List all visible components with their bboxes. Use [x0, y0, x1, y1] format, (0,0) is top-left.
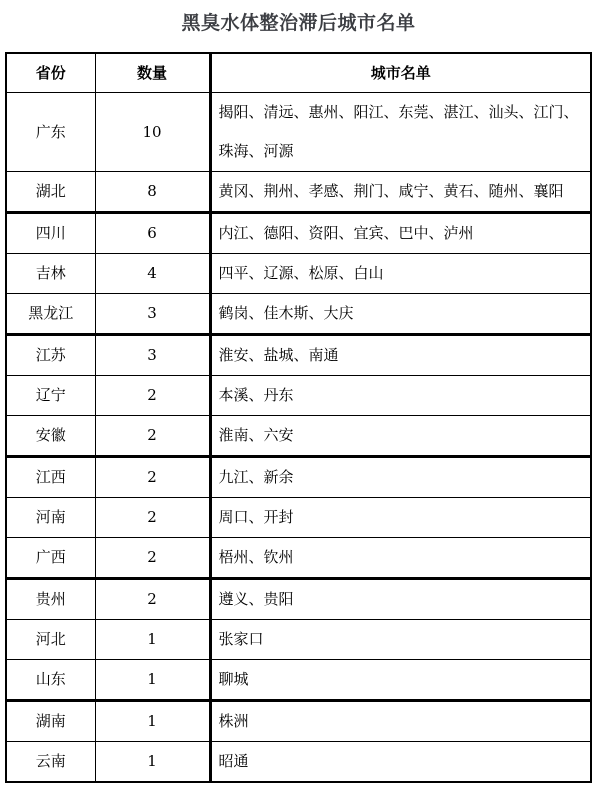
count-cell: 1 [95, 701, 210, 742]
table-row: 江苏3淮安、盐城、南通 [6, 335, 591, 376]
province-cell: 湖北 [6, 172, 95, 213]
cities-cell: 聊城 [210, 660, 591, 701]
cities-cell: 内江、德阳、资阳、宜宾、巴中、泸州 [210, 213, 591, 254]
province-cell: 贵州 [6, 579, 95, 620]
province-cell: 云南 [6, 742, 95, 783]
cities-cell: 揭阳、清远、惠州、阳江、东莞、湛江、汕头、江门、珠海、河源 [210, 93, 591, 172]
count-cell: 2 [95, 498, 210, 538]
count-cell: 2 [95, 538, 210, 579]
cities-cell: 九江、新余 [210, 457, 591, 498]
province-cell: 吉林 [6, 254, 95, 294]
table-row: 江西2九江、新余 [6, 457, 591, 498]
count-cell: 1 [95, 742, 210, 783]
table-row: 湖南1株洲 [6, 701, 591, 742]
cities-cell: 黄冈、荆州、孝感、荆门、咸宁、黄石、随州、襄阳 [210, 172, 591, 213]
cities-cell: 鹤岗、佳木斯、大庆 [210, 294, 591, 335]
table-body: 广东10揭阳、清远、惠州、阳江、东莞、湛江、汕头、江门、珠海、河源湖北8黄冈、荆… [6, 93, 591, 783]
province-cell: 辽宁 [6, 376, 95, 416]
count-cell: 1 [95, 660, 210, 701]
table-row: 广西2梧州、钦州 [6, 538, 591, 579]
table-row: 辽宁2本溪、丹东 [6, 376, 591, 416]
table-row: 云南1昭通 [6, 742, 591, 783]
province-cell: 安徽 [6, 416, 95, 457]
table-header-row: 省份 数量 城市名单 [6, 53, 591, 93]
cities-cell: 梧州、钦州 [210, 538, 591, 579]
count-cell: 10 [95, 93, 210, 172]
province-cell: 河北 [6, 620, 95, 660]
cities-cell: 遵义、贵阳 [210, 579, 591, 620]
cities-cell: 本溪、丹东 [210, 376, 591, 416]
header-count: 数量 [95, 53, 210, 93]
table-row: 吉林4四平、辽源、松原、白山 [6, 254, 591, 294]
cities-cell: 昭通 [210, 742, 591, 783]
count-cell: 8 [95, 172, 210, 213]
province-cell: 黑龙江 [6, 294, 95, 335]
count-cell: 4 [95, 254, 210, 294]
province-cell: 四川 [6, 213, 95, 254]
province-cell: 江苏 [6, 335, 95, 376]
province-cell: 河南 [6, 498, 95, 538]
header-cities: 城市名单 [210, 53, 591, 93]
cities-cell: 周口、开封 [210, 498, 591, 538]
cities-table: 省份 数量 城市名单 广东10揭阳、清远、惠州、阳江、东莞、湛江、汕头、江门、珠… [5, 52, 592, 783]
count-cell: 1 [95, 620, 210, 660]
cities-cell: 张家口 [210, 620, 591, 660]
province-cell: 湖南 [6, 701, 95, 742]
count-cell: 6 [95, 213, 210, 254]
cities-cell: 淮安、盐城、南通 [210, 335, 591, 376]
count-cell: 2 [95, 376, 210, 416]
table-row: 黑龙江3鹤岗、佳木斯、大庆 [6, 294, 591, 335]
count-cell: 2 [95, 579, 210, 620]
table-row: 广东10揭阳、清远、惠州、阳江、东莞、湛江、汕头、江门、珠海、河源 [6, 93, 591, 172]
count-cell: 3 [95, 335, 210, 376]
table-row: 湖北8黄冈、荆州、孝感、荆门、咸宁、黄石、随州、襄阳 [6, 172, 591, 213]
table-row: 安徽2淮南、六安 [6, 416, 591, 457]
province-cell: 江西 [6, 457, 95, 498]
cities-cell: 淮南、六安 [210, 416, 591, 457]
count-cell: 2 [95, 457, 210, 498]
province-cell: 山东 [6, 660, 95, 701]
page-title: 黑臭水体整治滞后城市名单 [0, 8, 597, 35]
table-row: 河北1张家口 [6, 620, 591, 660]
count-cell: 2 [95, 416, 210, 457]
province-cell: 广西 [6, 538, 95, 579]
table-row: 山东1聊城 [6, 660, 591, 701]
table-row: 河南2周口、开封 [6, 498, 591, 538]
table-row: 四川6内江、德阳、资阳、宜宾、巴中、泸州 [6, 213, 591, 254]
table-row: 贵州2遵义、贵阳 [6, 579, 591, 620]
article-page: 黑臭水体整治滞后城市名单 省份 数量 城市名单 广东10揭阳、清远、惠州、阳江、… [0, 8, 597, 800]
province-cell: 广东 [6, 93, 95, 172]
count-cell: 3 [95, 294, 210, 335]
cities-cell: 四平、辽源、松原、白山 [210, 254, 591, 294]
header-province: 省份 [6, 53, 95, 93]
cities-cell: 株洲 [210, 701, 591, 742]
